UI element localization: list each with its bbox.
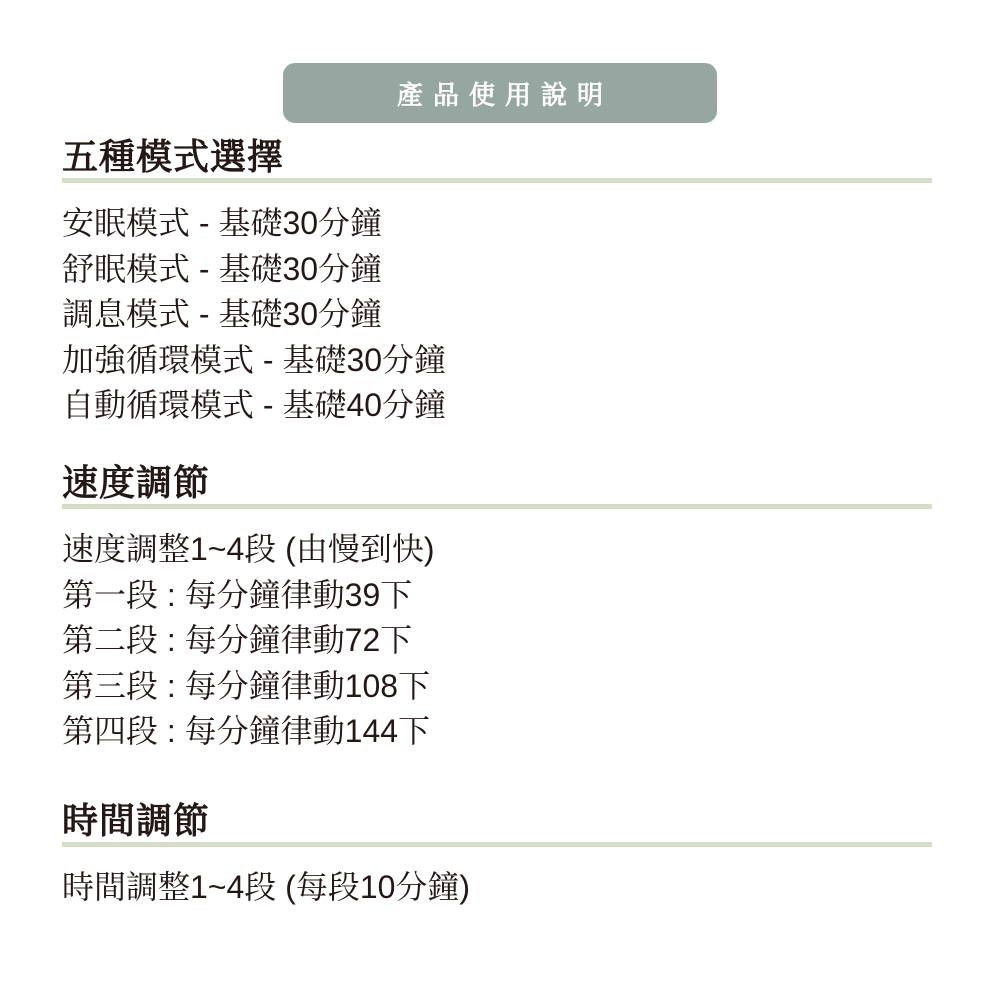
list-item: 舒眠模式 - 基礎30分鐘 [62,247,932,293]
list-item: 速度調整1~4段 (由慢到快) [62,527,932,573]
section-time-adjustment: 時間調節 時間調整1~4段 (每段10分鐘) [62,800,932,911]
title-badge-label: 產品使用說明 [387,75,613,112]
time-list: 時間調整1~4段 (每段10分鐘) [62,865,932,911]
list-item: 調息模式 - 基礎30分鐘 [62,292,932,338]
list-item: 第三段 : 每分鐘律動108下 [62,664,932,710]
list-item: 第四段 : 每分鐘律動144下 [62,709,932,755]
mode-list: 安眠模式 - 基礎30分鐘 舒眠模式 - 基礎30分鐘 調息模式 - 基礎30分… [62,201,932,429]
speed-list: 速度調整1~4段 (由慢到快) 第一段 : 每分鐘律動39下 第二段 : 每分鐘… [62,527,932,755]
section-heading-mode-selection: 五種模式選擇 [62,136,932,178]
product-usage-instructions-page: 產品使用說明 五種模式選擇 安眠模式 - 基礎30分鐘 舒眠模式 - 基礎30分… [0,0,1000,1000]
list-item: 時間調整1~4段 (每段10分鐘) [62,865,932,911]
list-item: 第一段 : 每分鐘律動39下 [62,573,932,619]
list-item: 安眠模式 - 基礎30分鐘 [62,201,932,247]
section-mode-selection: 五種模式選擇 安眠模式 - 基礎30分鐘 舒眠模式 - 基礎30分鐘 調息模式 … [62,136,932,429]
list-item: 自動循環模式 - 基礎40分鐘 [62,383,932,429]
section-divider [62,504,932,509]
section-divider [62,178,932,183]
section-speed-adjustment: 速度調節 速度調整1~4段 (由慢到快) 第一段 : 每分鐘律動39下 第二段 … [62,462,932,755]
section-heading-time-adjustment: 時間調節 [62,800,932,842]
list-item: 第二段 : 每分鐘律動72下 [62,618,932,664]
title-badge: 產品使用說明 [283,63,717,123]
section-heading-speed-adjustment: 速度調節 [62,462,932,504]
section-divider [62,842,932,847]
list-item: 加強循環模式 - 基礎30分鐘 [62,338,932,384]
